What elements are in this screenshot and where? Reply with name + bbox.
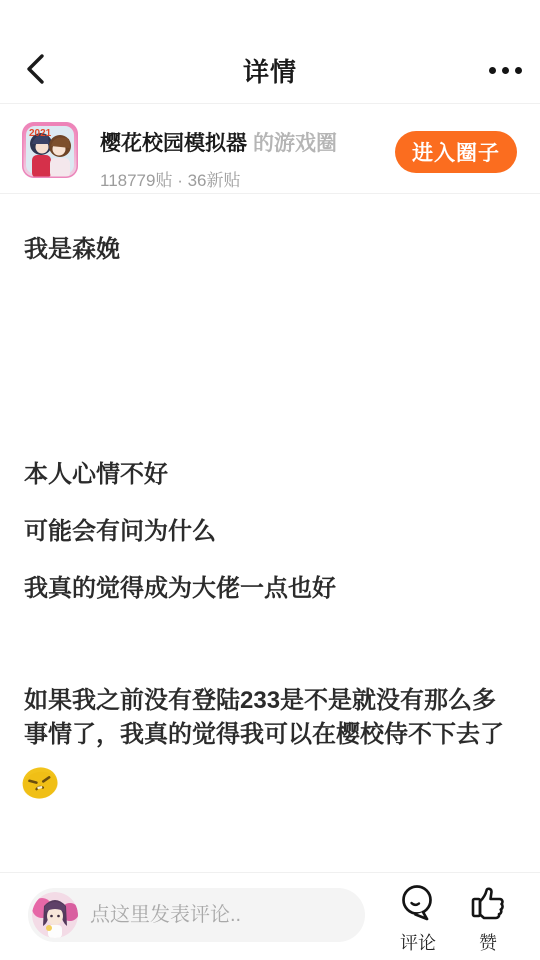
game-circle-card: 2021 樱花校园模拟器的游戏圈 118779贴 · 36新贴 进入圈子 [0,105,540,194]
post-paragraph: 本人心情不好 [24,458,168,492]
header: 详情 [0,0,540,104]
more-ellipsis-icon [489,67,522,74]
user-avatar[interactable] [32,892,78,938]
circle-title: 樱花校园模拟器的游戏圈 [100,127,337,157]
comment-button[interactable]: 评论 [386,883,450,955]
comment-bubble-icon [398,883,438,926]
enter-circle-button[interactable]: 进入圈子 [395,131,517,173]
more-button[interactable] [489,57,522,83]
post-paragraph: 我是森娩 [24,233,120,267]
upset-emoji-icon [20,764,60,802]
page-title: 详情 [0,52,540,89]
post-detail-screen: 详情 [0,0,540,960]
post-paragraph: 如果我之前没有登陆233是不是就没有那么多事情了，我真的觉得我可以在樱校侍不下去… [24,684,504,752]
comment-label: 评论 [400,929,436,955]
icon-year-badge: 2021 [29,128,52,139]
like-button[interactable]: 赞 [456,883,520,955]
comment-bar: 评论 赞 [0,872,540,960]
game-app-icon[interactable]: 2021 [22,122,78,178]
header-row: 详情 [0,47,540,93]
circle-name-suffix: 的游戏圈 [253,132,337,155]
like-label: 赞 [479,929,497,955]
circle-stats: 118779贴 · 36新贴 [100,166,337,191]
post-paragraph: 可能会有问为什么 [24,515,216,549]
circle-name: 樱花校园模拟器 [100,132,247,155]
post-paragraph: 我真的觉得成为大佬一点也好 [24,572,336,606]
thumbs-up-icon [469,883,507,926]
comment-input-pill[interactable] [28,888,365,942]
comment-input[interactable] [90,904,351,927]
circle-info: 樱花校园模拟器的游戏圈 118779贴 · 36新贴 [100,127,337,191]
